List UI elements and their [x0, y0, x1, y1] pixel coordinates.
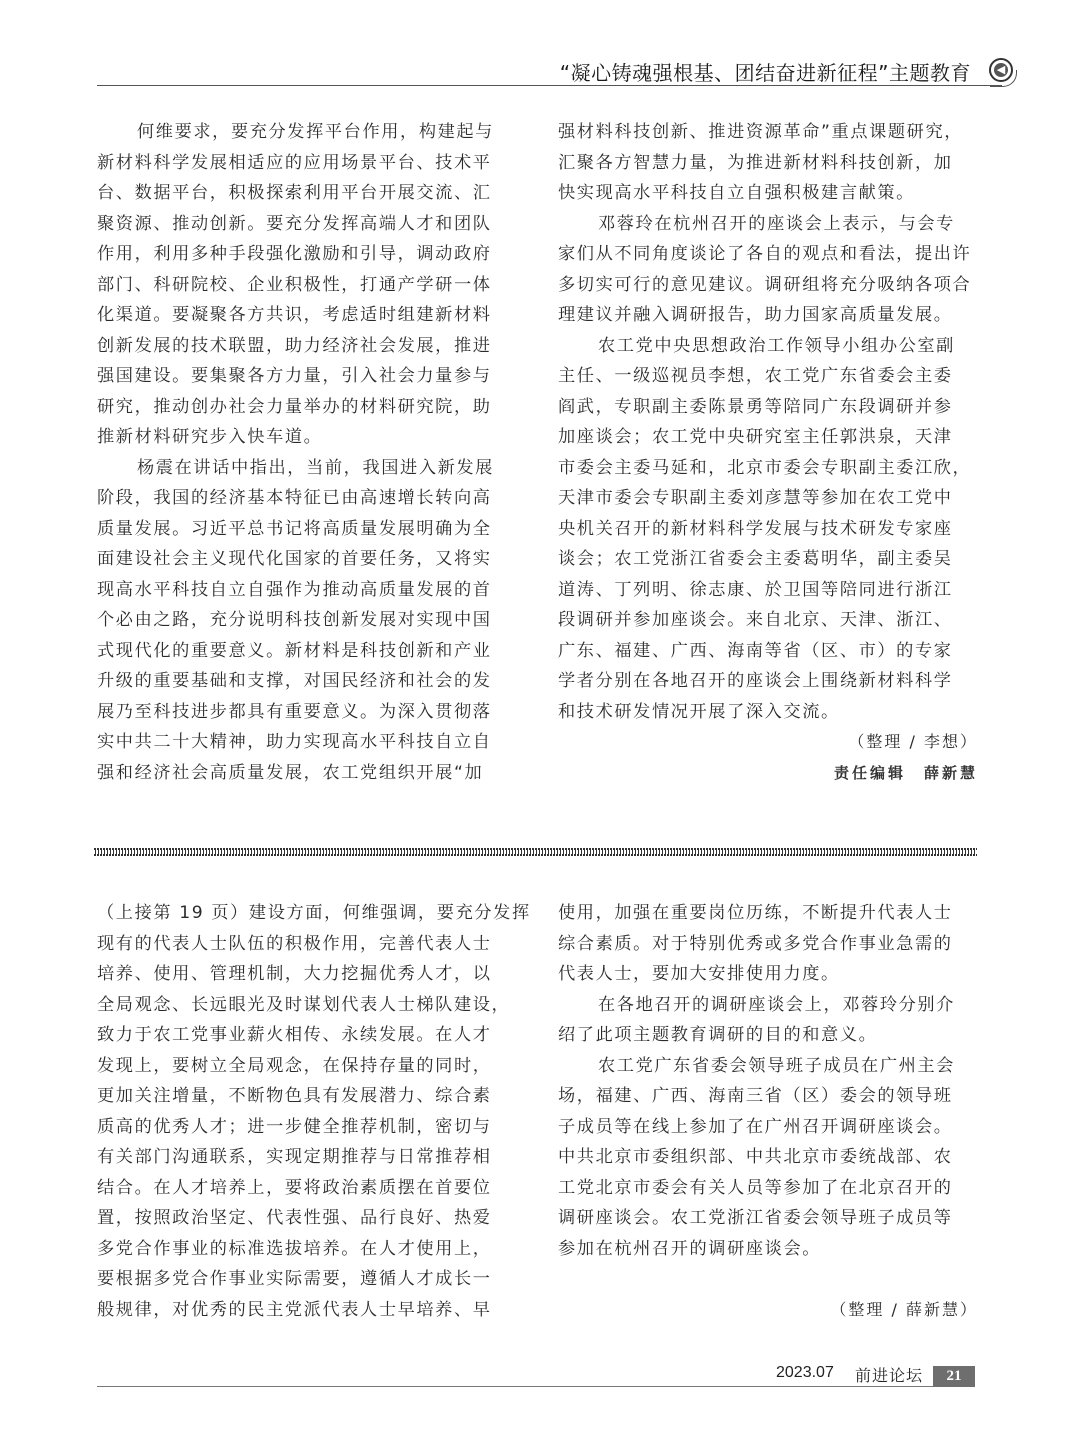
text-line: 创新发展的技术联盟，助力经济社会发展，推进	[97, 331, 517, 362]
top-left-column: 何维要求，要充分发挥平台作用，构建起与新材料科学发展相适应的应用场景平台、技术平…	[97, 117, 517, 788]
text-line: 发现上，要树立全局观念，在保持存量的同时，	[97, 1051, 517, 1082]
text-line: 多党合作事业的标准选拔培养。在人才使用上，	[97, 1234, 517, 1265]
text-line: 强和经济社会高质量发展，农工党组织开展“加	[97, 758, 517, 789]
text-line: 农工党中央思想政治工作领导小组办公室副	[558, 331, 978, 362]
editor-label: 责任编辑	[834, 764, 906, 782]
text-line: 在各地召开的调研座谈会上，邓蓉玲分别介	[558, 990, 978, 1021]
text-line: 代表人士，要加大安排使用力度。	[558, 959, 978, 990]
editor-name: 薛新慧	[924, 764, 978, 782]
text-line: 主任、一级巡视员李想，农工党广东省委会主委	[558, 361, 978, 392]
text-line: 个必由之路，充分说明科技创新发展对实现中国	[97, 605, 517, 636]
spacer	[558, 1264, 978, 1295]
section-title: “凝心铸魂强根基、团结奋进新征程”主题教育	[560, 57, 971, 86]
text-line: 强国建设。要集聚各方力量，引入社会力量参与	[97, 361, 517, 392]
text-line: 部门、科研院校、企业积极性，打通产学研一体	[97, 270, 517, 301]
text-line: 新材料科学发展相适应的应用场景平台、技术平	[97, 148, 517, 179]
text-line: 有关部门沟通联系，实现定期推荐与日常推荐相	[97, 1142, 517, 1173]
text-line: 杨震在讲话中指出，当前，我国进入新发展	[97, 453, 517, 484]
text-line: 家们从不同角度谈论了各自的观点和看法，提出许	[558, 239, 978, 270]
text-line: 理建议并融入调研报告，助力国家高质量发展。	[558, 300, 978, 331]
text-line: 子成员等在线上参加了在广州召开调研座谈会。	[558, 1112, 978, 1143]
text-line: 农工党广东省委会领导班子成员在广州主会	[558, 1051, 978, 1082]
text-line: 中共北京市委组织部、中共北京市委统战部、农	[558, 1142, 978, 1173]
text-line: 邓蓉玲在杭州召开的座谈会上表示，与会专	[558, 209, 978, 240]
text-line: 置，按照政治坚定、代表性强、品行良好、热爱	[97, 1203, 517, 1234]
text-line: 质量发展。习近平总书记将高质量发展明确为全	[97, 514, 517, 545]
text-line: 强材料科技创新、推进资源革命”重点课题研究，	[558, 117, 978, 148]
text-line: 道涛、丁列明、徐志康、於卫国等陪同进行浙江	[558, 575, 978, 606]
text-line: 天津市委会专职副主委刘彦慧等参加在农工党中	[558, 483, 978, 514]
text-line: 学者分别在各地召开的座谈会上围绕新材料科学	[558, 666, 978, 697]
compiler-signature: （整理 / 李想）	[558, 727, 978, 758]
top-right-column: 强材料科技创新、推进资源革命”重点课题研究，汇聚各方智慧力量，为推进新材料科技创…	[558, 117, 978, 788]
text-line: 面建设社会主义现代化国家的首要任务，又将实	[97, 544, 517, 575]
header-rule	[97, 85, 1002, 86]
text-line: 般规律，对优秀的民主党派代表人士早培养、早	[97, 1295, 517, 1326]
magazine-name: 前进论坛	[855, 1363, 923, 1386]
text-line: 广东、福建、广西、海南等省（区、市）的专家	[558, 636, 978, 667]
text-line: 汇聚各方智慧力量，为推进新材料科技创新，加	[558, 148, 978, 179]
responsible-editor: 责任编辑 薛新慧	[558, 758, 978, 789]
text-line: 结合。在人才培养上，要将政治素质摆在首要位	[97, 1173, 517, 1204]
running-header: “凝心铸魂强根基、团结奋进新征程”主题教育 ◀	[97, 55, 1015, 87]
text-line: 调研座谈会。农工党浙江省委会领导班子成员等	[558, 1203, 978, 1234]
issue-date: 2023.07	[776, 1364, 834, 1382]
text-line: 质高的优秀人才；进一步健全推荐机制，密切与	[97, 1112, 517, 1143]
text-line: 央机关召开的新材料科学发展与技术研发专家座	[558, 514, 978, 545]
text-line: 场，福建、广西、海南三省（区）委会的领导班	[558, 1081, 978, 1112]
text-line: （上接第 19 页）建设方面，何维强调，要充分发挥	[97, 898, 517, 929]
text-line: 展乃至科技进步都具有重要意义。为深入贯彻落	[97, 697, 517, 728]
text-line: 参加在杭州召开的调研座谈会。	[558, 1234, 978, 1265]
text-line: 阶段，我国的经济基本特征已由高速增长转向高	[97, 483, 517, 514]
text-line: 全局观念、长远眼光及时谋划代表人士梯队建设，	[97, 990, 517, 1021]
compiler-signature: （整理 / 薛新慧）	[558, 1295, 978, 1326]
text-line: 作用，利用多种手段强化激励和引导，调动政府	[97, 239, 517, 270]
text-line: 研究，推动创办社会力量举办的材料研究院，助	[97, 392, 517, 423]
text-line: 何维要求，要充分发挥平台作用，构建起与	[97, 117, 517, 148]
page-number: 21	[933, 1366, 975, 1387]
bottom-left-column: （上接第 19 页）建设方面，何维强调，要充分发挥现有的代表人士队伍的积极作用，…	[97, 898, 517, 1325]
text-line: 要根据多党合作事业实际需要，遵循人才成长一	[97, 1264, 517, 1295]
text-line: 聚资源、推动创新。要充分发挥高端人才和团队	[97, 209, 517, 240]
text-line: 多切实可行的意见建议。调研组将充分吸纳各项合	[558, 270, 978, 301]
footer-rule	[97, 1386, 975, 1387]
text-line: 台、数据平台，积极探索利用平台开展交流、汇	[97, 178, 517, 209]
text-line: 谈会；农工党浙江省委会主委葛明华，副主委吴	[558, 544, 978, 575]
text-line: 绍了此项主题教育调研的目的和意义。	[558, 1020, 978, 1051]
text-line: 工党北京市委会有关人员等参加了在北京召开的	[558, 1173, 978, 1204]
text-line: 使用，加强在重要岗位历练，不断提升代表人士	[558, 898, 978, 929]
text-line: 推新材料研究步入快车道。	[97, 422, 517, 453]
spacer	[906, 764, 924, 782]
ornamental-divider-pattern	[94, 850, 977, 854]
text-line: 培养、使用、管理机制，大力挖掘优秀人才，以	[97, 959, 517, 990]
text-line: 升级的重要基础和支撑，对国民经济和社会的发	[97, 666, 517, 697]
text-line: 加座谈会；农工党中央研究室主任郭洪泉，天津	[558, 422, 978, 453]
text-line: 快实现高水平科技自立自强积极建言献策。	[558, 178, 978, 209]
bottom-right-column: 使用，加强在重要岗位历练，不断提升代表人士综合素质。对于特别优秀或多党合作事业急…	[558, 898, 978, 1325]
text-line: 致力于农工党事业薪火相传、永续发展。在人才	[97, 1020, 517, 1051]
text-line: 现有的代表人士队伍的积极作用，完善代表人士	[97, 929, 517, 960]
text-line: 市委会主委马延和，北京市委会专职副主委江欣，	[558, 453, 978, 484]
text-line: 式现代化的重要意义。新材料是科技创新和产业	[97, 636, 517, 667]
text-line: 阎武，专职副主委陈景勇等陪同广东段调研并参	[558, 392, 978, 423]
text-line: 段调研并参加座谈会。来自北京、天津、浙江、	[558, 605, 978, 636]
text-line: 综合素质。对于特别优秀或多党合作事业急需的	[558, 929, 978, 960]
text-line: 实中共二十大精神，助力实现高水平科技自立自	[97, 727, 517, 758]
text-line: 更加关注增量，不断物色具有发展潜力、综合素	[97, 1081, 517, 1112]
text-line: 化渠道。要凝聚各方共识，考虑适时组建新材料	[97, 300, 517, 331]
text-line: 和技术研发情况开展了深入交流。	[558, 697, 978, 728]
text-line: 现高水平科技自立自强作为推动高质量发展的首	[97, 575, 517, 606]
